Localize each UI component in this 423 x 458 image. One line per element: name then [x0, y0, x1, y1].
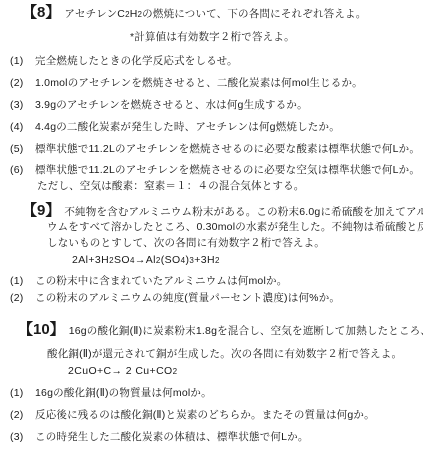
problem-8-number: 【8】	[22, 4, 60, 21]
item-text: 反応後に残るのは酸化銅(Ⅱ)と炭素のどちらか。またその質量は何gか。	[35, 409, 375, 421]
problem-8-intro-segment: H	[130, 8, 138, 20]
problem-10-equation: 2CuO+C→ 2 Cu+CO2	[68, 365, 177, 378]
calc-note: *計算値は有効数字２桁で答えよ。	[130, 31, 295, 44]
problem-9-intro-line-2: ウムをすべて溶かしたところ、0.30molの水素が発生した。不純物は希硫酸と反応	[47, 221, 423, 234]
item-number: (2)	[10, 77, 35, 90]
problem-9-number: 【9】	[22, 202, 60, 219]
equation-segment: SO	[114, 254, 130, 266]
problem-8-item-1: (1)完全燃焼したときの化学反応式をしるせ。	[10, 55, 238, 68]
problem-9-item-1: (1)この粉末中に含まれていたアルミニウムは何molか。	[10, 275, 287, 288]
problem-10-intro-line-1: 16gの酸化銅(Ⅱ)に炭素粉末1.8gを混合し、空気を遮断して加熱したところ、	[69, 325, 423, 337]
item-text: この粉末のアルミニウムの純度(質量パーセント濃度)は何%か。	[35, 292, 340, 304]
equation-segment: →Al	[135, 254, 156, 266]
item-text: 標準状態で11.2Lのアセチレンを燃焼させるのに必要な空気は標準状態で何Lか。	[35, 164, 420, 176]
item-number: (3)	[10, 431, 35, 444]
item-number: (2)	[10, 409, 35, 422]
problem-8-item-6: (6)標準状態で11.2Lのアセチレンを燃焼させるのに必要な空気は標準状態で何L…	[10, 164, 420, 177]
item-number: (1)	[10, 387, 35, 400]
problem-9-intro-line-1: 不純物を含むアルミニウム粉末がある。この粉末6.0gに希硫酸を加えてアルミニ	[64, 206, 423, 218]
item-number: (4)	[10, 121, 35, 134]
item-text: この時発生した二酸化炭素の体積は、標準状態で何Lか。	[35, 431, 309, 443]
problem-10-item-3: (3)この時発生した二酸化炭素の体積は、標準状態で何Lか。	[10, 431, 309, 444]
problem-8-item-2: (2)1.0molのアセチレンを燃焼させると、二酸化炭素は何mol生じるか。	[10, 77, 363, 90]
problem-8-intro-segment: アセチレンC	[64, 8, 125, 20]
item-text: 標準状態で11.2Lのアセチレンを燃焼させるのに必要な酸素は標準状態で何Lか。	[35, 143, 420, 155]
problem-8-item-5: (5)標準状態で11.2Lのアセチレンを燃焼させるのに必要な酸素は標準状態で何L…	[10, 143, 420, 156]
problem-8-item-4: (4)4.4gの二酸化炭素が発生した時、アセチレンは何g燃焼したか。	[10, 121, 340, 134]
item-text: 3.9gのアセチレンを燃焼させると、水は何g生成するか。	[35, 99, 308, 111]
item-number: (2)	[10, 292, 35, 305]
problem-8-heading: 【8】アセチレンC2H2の燃焼について、下の各問にそれぞれ答えよ。	[22, 6, 366, 21]
equation-segment: 2Al+3H	[72, 254, 109, 266]
problem-10-heading: 【10】16gの酸化銅(Ⅱ)に炭素粉末1.8gを混合し、空気を遮断して加熱したと…	[18, 323, 423, 338]
item-number: (6)	[10, 164, 35, 177]
problem-10-item-1: (1)16gの酸化銅(Ⅱ)の物質量は何molか。	[10, 387, 212, 400]
problem-10-intro-line-2: 酸化銅(Ⅱ)が還元されて銅が生成した。次の各問に有効数字２桁で答えよ。	[47, 348, 402, 361]
formula-subscript: 2	[215, 256, 220, 265]
problem-10-item-2: (2)反応後に残るのは酸化銅(Ⅱ)と炭素のどちらか。またその質量は何gか。	[10, 409, 375, 422]
item-number: (3)	[10, 99, 35, 112]
item-number: (5)	[10, 143, 35, 156]
item-text: 1.0molのアセチレンを燃焼させると、二酸化炭素は何mol生じるか。	[35, 77, 363, 89]
problem-8-item-3: (3)3.9gのアセチレンを燃焼させると、水は何g生成するか。	[10, 99, 308, 112]
item-text: 16gの酸化銅(Ⅱ)の物質量は何molか。	[35, 387, 212, 399]
problem-8-item-6-note: ただし、空気は酸素：窒素＝１：４の混合気体とする。	[37, 180, 305, 193]
problem-9-intro-line-3: しないものとすして、次の各問に有効数字２桁で答えよ。	[47, 237, 325, 250]
equation-segment: (SO	[161, 254, 181, 266]
problem-9-equation: 2Al+3H2SO4→Al2(SO4)3+3H2	[72, 254, 220, 267]
problem-9-heading: 【9】不純物を含むアルミニウム粉末がある。この粉末6.0gに希硫酸を加えてアルミ…	[22, 204, 423, 219]
equation-segment: 2CuO+C→ 2 Cu+CO	[68, 365, 173, 377]
item-text: この粉末中に含まれていたアルミニウムは何molか。	[35, 275, 287, 287]
item-text: 完全燃焼したときの化学反応式をしるせ。	[35, 55, 238, 67]
problem-9-item-2: (2)この粉末のアルミニウムの純度(質量パーセント濃度)は何%か。	[10, 292, 340, 305]
problem-10-number: 【10】	[18, 321, 65, 338]
worksheet-page: 【8】アセチレンC2H2の燃焼について、下の各問にそれぞれ答えよ。 *計算値は有…	[0, 0, 423, 458]
item-number: (1)	[10, 275, 35, 288]
problem-8-intro-segment: の燃焼について、下の各問にそれぞれ答えよ。	[142, 8, 366, 20]
item-text: 4.4gの二酸化炭素が発生した時、アセチレンは何g燃焼したか。	[35, 121, 340, 133]
formula-subscript: 2	[173, 367, 178, 376]
equation-segment: +3H	[194, 254, 215, 266]
item-number: (1)	[10, 55, 35, 68]
